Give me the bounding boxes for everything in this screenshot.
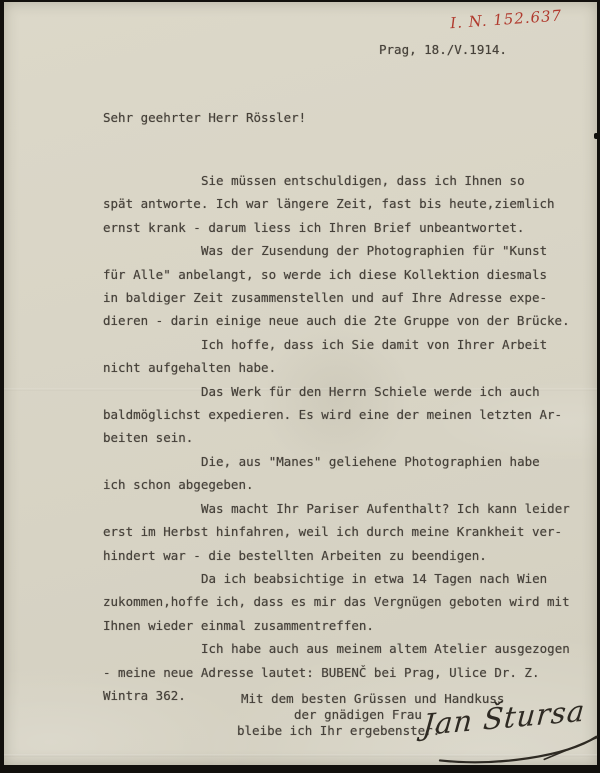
letter-line: Was der Zusendung der Photographien für … <box>103 239 569 262</box>
letter-line: beiten sein. <box>103 426 569 449</box>
signature: Jan Štursa <box>421 692 600 773</box>
letter-line: nicht aufgehalten habe. <box>103 356 569 379</box>
letter-body: Sie müssen entschuldigen, dass ich Ihnen… <box>103 169 569 707</box>
letter-line: Ihnen wieder einmal zusammentreffen. <box>103 614 569 637</box>
letter-line: spät antworte. Ich war längere Zeit, fas… <box>103 192 569 215</box>
letter-line: ich schon abgegeben. <box>103 473 569 496</box>
letter-line: dieren - darin einige neue auch die 2te … <box>103 309 569 332</box>
letter-line: Ich habe auch aus meinem altem Atelier a… <box>103 637 569 660</box>
letter-line: zukommen,hoffe ich, dass es mir das Verg… <box>103 590 569 613</box>
letter-line: Was macht Ihr Pariser Aufenthalt? Ich ka… <box>103 497 569 520</box>
letter-line: Das Werk für den Herrn Schiele werde ich… <box>103 380 569 403</box>
letter-line: in baldiger Zeit zusammenstellen und auf… <box>103 286 569 309</box>
letter-line: für Alle" anbelangt, so werde ich diese … <box>103 263 569 286</box>
inventory-number: I. N. 152.637 <box>450 4 600 32</box>
letter-line: hindert war - die bestellten Arbeiten zu… <box>103 544 569 567</box>
scan-background: { "colors": { "paper": "#d9d5c6", "typew… <box>0 0 600 773</box>
paper-edge-nick <box>594 133 598 139</box>
letter-line: ernst krank - darum liess ich Ihren Brie… <box>103 216 569 239</box>
letter-paper: I. N. 152.637 Prag, 18./V.1914. Sehr gee… <box>4 2 597 765</box>
letter-line: erst im Herbst hinfahren, weil ich durch… <box>103 520 569 543</box>
letter-line: Sie müssen entschuldigen, dass ich Ihnen… <box>103 169 569 192</box>
letter-line: Da ich beabsichtige in etwa 14 Tagen nac… <box>103 567 569 590</box>
salutation: Sehr geehrter Herr Rössler! <box>103 110 306 125</box>
letter-line: Die, aus "Manes" geliehene Photographien… <box>103 450 569 473</box>
letter-line: baldmöglichst expedieren. Es wird eine d… <box>103 403 569 426</box>
letter-line: - meine neue Adresse lautet: BUBENČ bei … <box>103 661 569 684</box>
letter-line: Ich hoffe, dass ich Sie damit von Ihrer … <box>103 333 569 356</box>
date-line: Prag, 18./V.1914. <box>379 42 507 57</box>
